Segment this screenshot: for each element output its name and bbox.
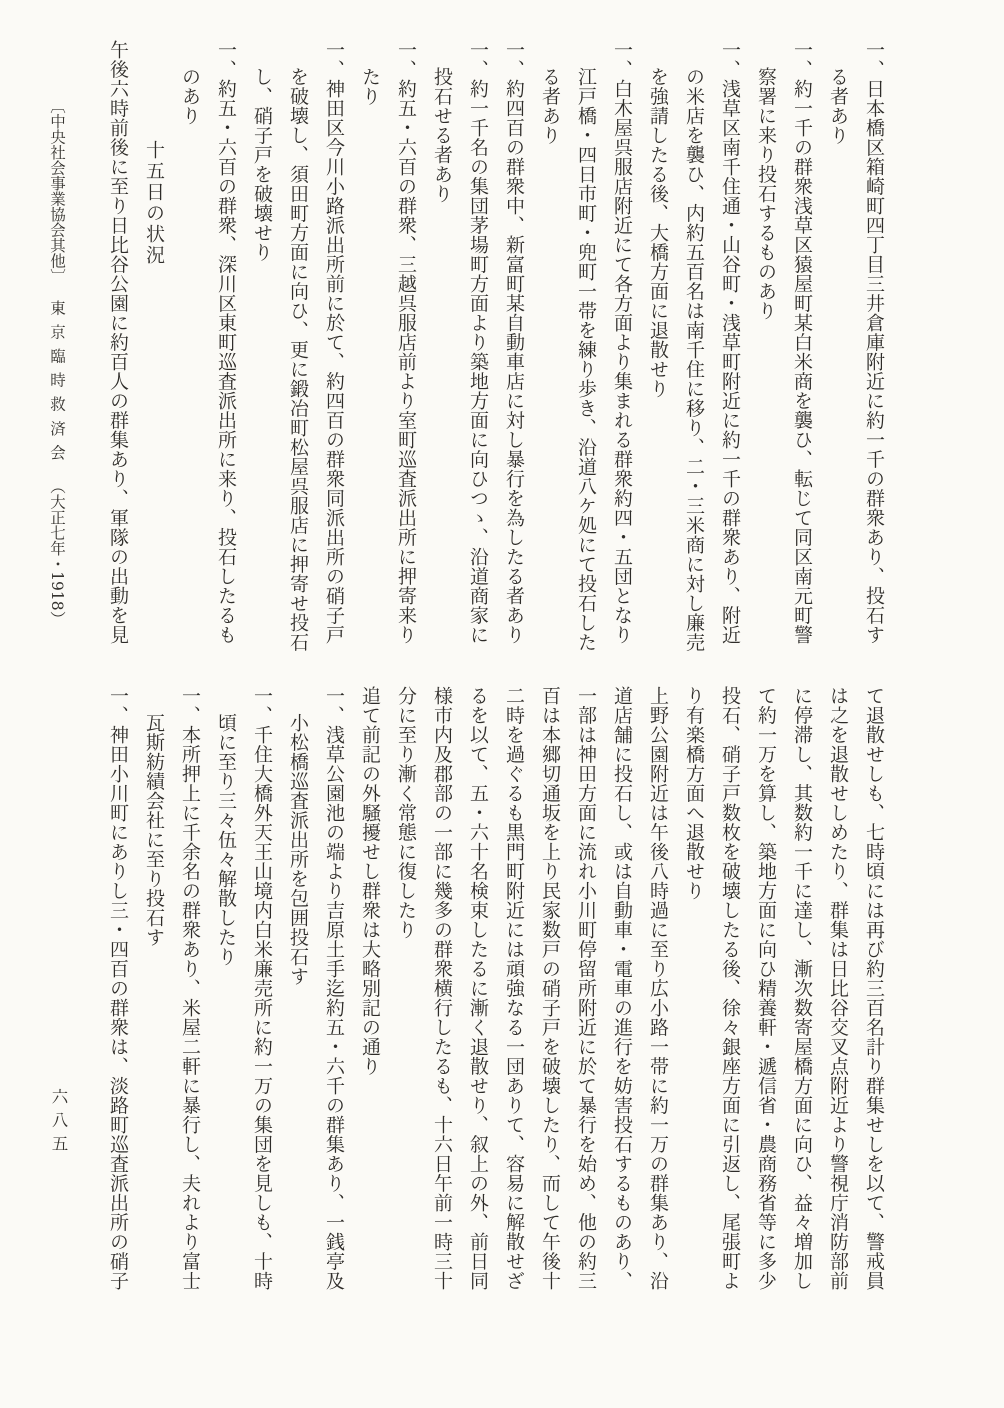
text-line: 一部は神田方面に流れ小川町停留所附近に於て暴行を始め、他の約三: [568, 686, 604, 1392]
text-line: 追て前記の外騒擾せし群衆は大略別記の通り: [352, 686, 388, 1392]
text-line: 一、約五・六百の群衆、三越呉服店前より室町巡査派出所に押寄来り: [388, 40, 424, 648]
text-line: 投石せる者あり: [424, 40, 460, 648]
text-line: 小松橋巡査派出所を包囲投石す: [280, 686, 316, 1392]
section-heading: 十五日の状況: [136, 40, 172, 648]
text-line: 一、本所押上に千余名の群衆あり、米屋二軒に暴行し、夫れより富士: [172, 686, 208, 1392]
bottom-text-block: て退散せしも、七時頃には再び約三百名計り群集せしを以て、警戒員は之を退散せしめた…: [100, 686, 892, 1392]
text-line: 百は本郷切通坂を上り民家数戸の硝子戸を破壊したり、而して午後十: [532, 686, 568, 1392]
text-line: のあり: [172, 40, 208, 648]
text-line: し、硝子戸を破壊せり: [244, 40, 280, 648]
text-line: り有楽橋方面へ退散せり: [676, 686, 712, 1392]
text-line: 上野公園附近は午後八時過に至り広小路一帯に約一万の群集あり、沿: [640, 686, 676, 1392]
text-line: 分に至り漸く常態に復したり: [388, 686, 424, 1392]
text-line: は之を退散せしめたり、群集は日比谷交叉点附近より警視庁消防部前: [820, 686, 856, 1392]
text-line: 一、約一千の群衆浅草区猿屋町某白米商を襲ひ、転じて同区南元町警: [784, 40, 820, 648]
running-title-organization: 東京臨時救済会: [48, 300, 66, 468]
text-line: 一、約四百の群衆中、新富町某自動車店に対し暴行を為したる者あり: [496, 40, 532, 648]
text-line: 一、浅草公園池の端より吉原土手迄約五・六千の群集あり、一銭亭及: [316, 686, 352, 1392]
text-line: に停滞し、其数約一千に達し、漸次数寄屋橋方面に向ひ、益々増加し: [784, 686, 820, 1392]
text-line: 一、神田小川町にありし三・四百の群衆は、淡路町巡査派出所の硝子: [100, 686, 136, 1392]
text-line: の米店を襲ひ、内約五百名は南千住に移り、二・三米商に対し廉売: [676, 40, 712, 648]
text-line: て退散せしも、七時頃には再び約三百名計り群集せしを以て、警戒員: [856, 686, 892, 1392]
text-line: を強請したる後、大橋方面に退散せり: [640, 40, 676, 648]
top-text-block: 一、日本橋区箱崎町四丁目三井倉庫附近に約一千の群衆あり、投石する者あり一、約一千…: [100, 40, 892, 648]
running-title-source: 〔中央社会事業協会其他〕: [48, 98, 66, 284]
running-title-date: （大正七年・1918）: [48, 478, 66, 626]
text-line: 様市内及郡部の一部に幾多の群衆横行したるも、十六日午前一時三十: [424, 686, 460, 1392]
text-line: 一、約五・六百の群衆、深川区東町巡査派出所に来り、投石したるも: [208, 40, 244, 648]
text-line: 一、神田区今川小路派出所前に於て、約四百の群衆同派出所の硝子戸: [316, 40, 352, 648]
text-line: 二時を過ぐるも黒門町附近には頑強なる一団ありて、容易に解散せざ: [496, 686, 532, 1392]
text-line: 一、浅草区南千住通・山谷町・浅草町附近に約一千の群衆あり、附近: [712, 40, 748, 648]
text-line: 道店舗に投石し、或は自動車・電車の進行を妨害投石するものあり、: [604, 686, 640, 1392]
text-line: る者あり: [532, 40, 568, 648]
text-line: て約一万を算し、築地方面に向ひ精養軒・遞信省・農商務省等に多少: [748, 686, 784, 1392]
text-line: る者あり: [820, 40, 856, 648]
text-line: 江戸橋・四日市町・兜町一帯を練り歩き、沿道八ケ処にて投石した: [568, 40, 604, 648]
text-line: 午後六時前後に至り日比谷公園に約百人の群集あり、軍隊の出動を見: [100, 40, 136, 648]
running-title: 〔中央社会事業協会其他〕東京臨時救済会（大正七年・1918）: [42, 98, 72, 658]
text-line: たり: [352, 40, 388, 648]
text-line: 一、千住大橋外天王山境内白米廉売所に約一万の集団を見しも、十時: [244, 686, 280, 1392]
scanned-document-page: 一、日本橋区箱崎町四丁目三井倉庫附近に約一千の群衆あり、投石する者あり一、約一千…: [0, 0, 1004, 1408]
text-line: 投石、硝子戸数枚を破壊したる後、徐々銀座方面に引返し、尾張町よ: [712, 686, 748, 1392]
text-line: 一、白木屋呉服店附近にて各方面より集まれる群衆約四・五団となり: [604, 40, 640, 648]
page-number: 六八五: [46, 1088, 70, 1159]
text-line: 察署に来り投石するものあり: [748, 40, 784, 648]
text-line: 頃に至り三々伍々解散したり: [208, 686, 244, 1392]
text-line: るを以て、五・六十名検束したるに漸く退散せり、叙上の外、前日同: [460, 686, 496, 1392]
text-line: を破壊し、須田町方面に向ひ、更に鍛冶町松屋呉服店に押寄せ投石: [280, 40, 316, 648]
text-line: 一、日本橋区箱崎町四丁目三井倉庫附近に約一千の群衆あり、投石す: [856, 40, 892, 648]
text-line: 一、約一千名の集団茅場町方面より築地方面に向ひつゝ、沿道商家に: [460, 40, 496, 648]
text-line: 瓦斯紡績会社に至り投石す: [136, 686, 172, 1392]
